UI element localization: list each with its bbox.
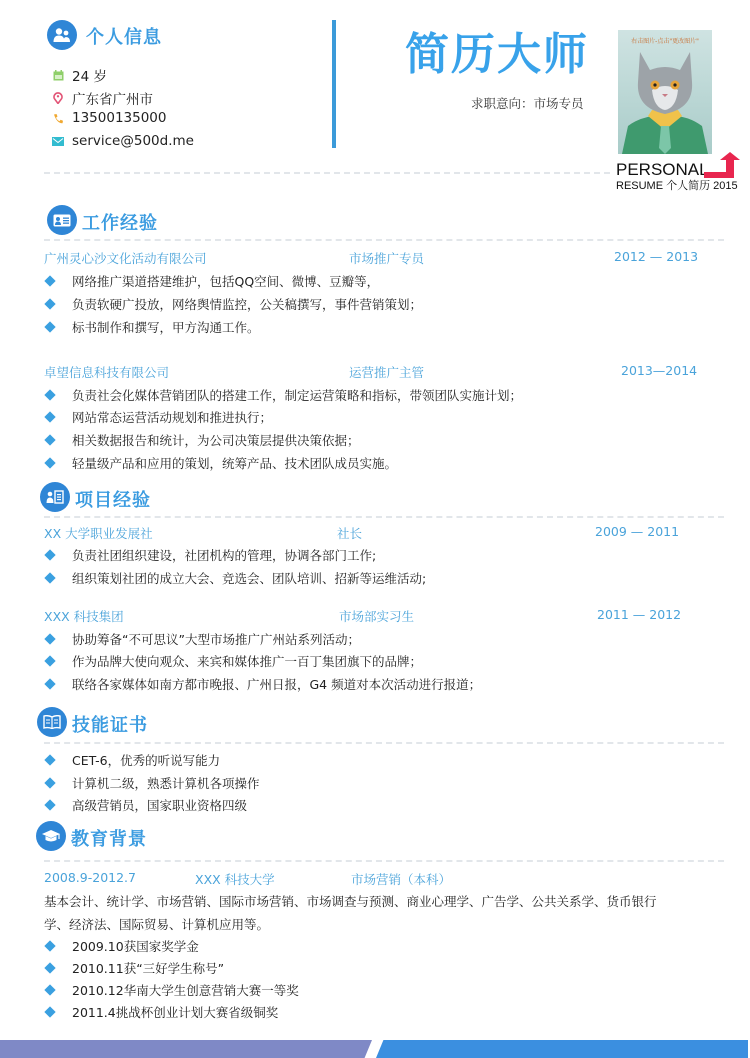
org-name: XXX 科技集团 [44,607,124,625]
school-name: XXX 科技大学 [195,870,275,888]
divider [44,172,610,174]
divider [44,516,724,518]
divider [44,239,724,241]
courses-text: 基本会计、统计学、市场营销、国际市场营销、市场调查与预测、商业心理学、广告学、公… [44,892,657,910]
education-period: 2008.9-2012.7 [44,870,136,885]
photo-hint: 右击图片-点击"更改图片" [618,36,712,45]
project-experience-title: 项目经验 [75,486,151,512]
diamond-bullet-icon [44,389,55,400]
user-group-icon [47,20,77,50]
list-item: 2010.11获“三好学生称号” [44,959,224,977]
age-row: 24 岁 [52,65,107,85]
diamond-bullet-icon [44,754,55,765]
brand-resume: RESUME 个人简历 2015 [616,177,738,193]
list-item: 2009.10获国家奖学金 [44,937,199,955]
project-period: 2011 — 2012 [597,607,681,622]
email-row[interactable]: service@500d.me [52,133,194,149]
diamond-bullet-icon [44,633,55,644]
mail-icon [52,135,64,147]
work-experience-title: 工作经验 [82,209,158,235]
list-item: 轻量级产品和应用的策划，统筹产品、技术团队成员实施。 [44,454,397,472]
location-pin-icon [52,92,64,104]
company-name: 卓望信息科技有限公司 [44,363,169,381]
diamond-bullet-icon [44,777,55,788]
list-item: 高级营销员，国家职业资格四级 [44,796,247,814]
phone-row: 13500135000 [52,110,166,126]
diamond-bullet-icon [44,655,55,666]
list-item: 计算机二级，熟悉计算机各项操作 [44,774,260,792]
company-name: 广州灵心沙文化活动有限公司 [44,249,207,267]
list-item: 2010.12华南大学生创意营销大赛一等奖 [44,981,299,999]
diamond-bullet-icon [44,940,55,951]
diamond-bullet-icon [44,678,55,689]
diamond-bullet-icon [44,321,55,332]
project-role: 市场部实习生 [339,607,414,625]
email-value[interactable]: service@500d.me [72,133,194,149]
profile-photo[interactable]: 右击图片-点击"更改图片" [618,30,712,154]
job-intent: 求职意向：市场专员 [471,94,584,112]
diamond-bullet-icon [44,549,55,560]
list-item: 负责社团组织建设，社团机构的管理，协调各部门工作; [44,546,376,564]
project-role: 社长 [337,524,362,542]
diamond-bullet-icon [44,984,55,995]
cat-portrait-icon [618,30,712,154]
list-item: 联络各家媒体如南方都市晚报、广州日报，G4 频道对本次活动进行报道； [44,675,481,693]
education-title: 教育背景 [71,825,147,851]
profile-list-icon [40,482,70,512]
list-item: 协助筹备“不可思议”大型市场推广广州站系列活动； [44,630,360,648]
job-period: 2012 — 2013 [614,249,698,264]
id-card-icon [47,205,77,235]
list-item: 作为品牌大使向观众、来宾和媒体推广一百丁集团旗下的品牌； [44,652,422,670]
footer-band-right [376,1040,748,1058]
diamond-bullet-icon [44,298,55,309]
diamond-bullet-icon [44,572,55,583]
list-item: 网站常态运营活动规划和推进执行； [44,408,272,426]
diamond-bullet-icon [44,799,55,810]
list-item: 组织策划社团的成立大会、竞选会、团队培训、招新等运维活动; [44,569,426,587]
job-period: 2013—2014 [621,363,697,378]
org-name: XX 大学职业发展社 [44,524,153,542]
diamond-bullet-icon [44,275,55,286]
list-item: 负责软硬广投放，网络舆情监控，公关稿撰写，事件营销策划； [44,295,422,313]
graduation-cap-icon [36,821,66,851]
footer-band-left [0,1040,372,1058]
divider [44,860,724,862]
personal-info-title: 个人信息 [86,23,162,49]
age-value: 24 岁 [72,65,107,85]
phone-icon [52,112,64,124]
list-item: 网络推广渠道搭建维护，包括QQ空间、微博、豆瓣等， [44,272,379,290]
diamond-bullet-icon [44,962,55,973]
list-item: 2011.4挑战杯创业计划大赛省级铜奖 [44,1003,278,1021]
diamond-bullet-icon [44,1006,55,1017]
up-arrow-icon [704,152,740,178]
skills-title: 技能证书 [72,711,148,737]
phone-value: 13500135000 [72,110,166,126]
job-role: 市场推广专员 [349,249,424,267]
diamond-bullet-icon [44,434,55,445]
list-item: 相关数据报告和统计，为公司决策层提供决策依据； [44,431,360,449]
header-divider [332,20,336,148]
location-value: 广东省广州市 [72,88,153,108]
project-period: 2009 — 2011 [595,524,679,539]
diamond-bullet-icon [44,457,55,468]
diamond-bullet-icon [44,411,55,422]
list-item: 负责社会化媒体营销团队的搭建工作，制定运营策略和指标，带领团队实施计划； [44,386,522,404]
calendar-icon [52,69,64,81]
list-item: CET-6，优秀的听说写能力 [44,751,220,769]
major: 市场营销（本科） [351,870,451,888]
divider [44,742,724,744]
resume-main-title: 简历大师 [405,18,589,82]
job-role: 运营推广主管 [349,363,424,381]
courses-text-cont: 学、经济法、国际贸易、计算机应用等。 [44,915,269,933]
list-item: 标书制作和撰写，甲方沟通工作。 [44,318,260,336]
open-book-icon [37,707,67,737]
location-row: 广东省广州市 [52,88,153,108]
